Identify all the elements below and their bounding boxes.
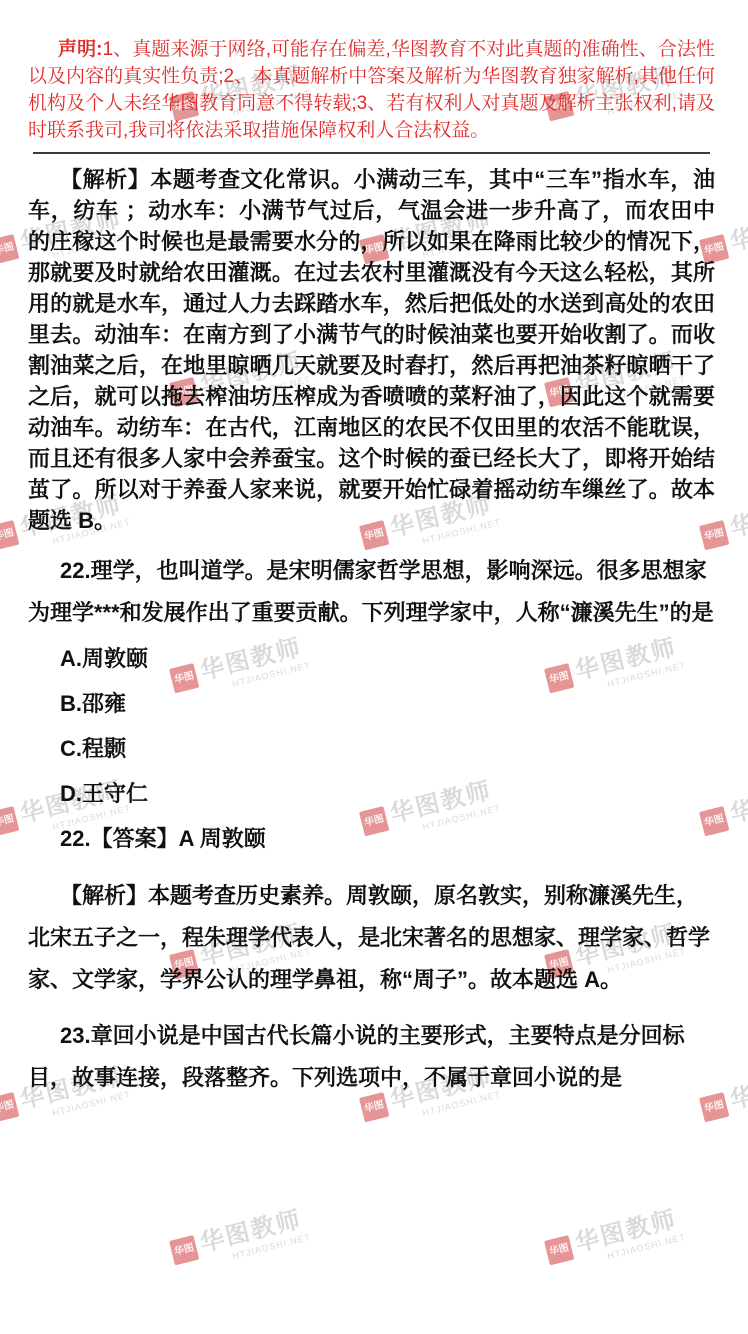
analysis-22-paragraph: 【解析】本题考查历史素养。周敦颐，原名敦实，别称濂溪先生，北宋五子之一，程朱理学… bbox=[28, 875, 715, 1001]
option-22-a: A.周敦颐 bbox=[28, 636, 715, 681]
option-22-d: D.王守仁 bbox=[28, 771, 715, 816]
watermark-brand-text: 华图教师 bbox=[196, 1198, 310, 1258]
watermark-domain-text: HTJIAOSHI.NET bbox=[231, 1232, 312, 1261]
document-page: 华图华图教师HTJIAOSHI.NET华图华图教师HTJIAOSHI.NET华图… bbox=[0, 0, 748, 1334]
huatu-logo-icon: 华图 bbox=[544, 1235, 574, 1265]
question-22-paragraph: 22.理学，也叫道学。是宋明儒家哲学思想，影响深远。很多思想家为理学***和发展… bbox=[28, 550, 715, 634]
huatu-watermark: 华图华图教师HTJIAOSHI.NET bbox=[167, 1198, 312, 1275]
option-22-b: B.邵雍 bbox=[28, 681, 715, 726]
option-22-c: C.程颢 bbox=[28, 726, 715, 771]
document-content: 声明:1、真题来源于网络,可能存在偏差,华图教育不对此真题的准确性、合法性以及内… bbox=[0, 0, 748, 1099]
disclaimer-label: 声明: bbox=[58, 39, 102, 60]
huatu-logo-icon: 华图 bbox=[169, 1235, 199, 1265]
analysis-21-paragraph: 【解析】本题考查文化常识。小满动三车，其中“三车”指水车，油车，纺车 ；动水车：… bbox=[28, 164, 715, 536]
disclaimer-text: 1、真题来源于网络,可能存在偏差,华图教育不对此真题的准确性、合法性以及内容的真… bbox=[28, 39, 715, 141]
watermark-domain-text: HTJIAOSHI.NET bbox=[606, 1232, 687, 1261]
watermark-text-column: 华图教师HTJIAOSHI.NET bbox=[571, 1198, 687, 1268]
disclaimer-paragraph: 声明:1、真题来源于网络,可能存在偏差,华图教育不对此真题的准确性、合法性以及内… bbox=[28, 36, 715, 144]
answer-22-line: 22.【答案】A 周敦颐 bbox=[28, 816, 715, 861]
watermark-brand-text: 华图教师 bbox=[571, 1198, 685, 1258]
divider bbox=[33, 152, 710, 154]
options-22-list: A.周敦颐 B.邵雍 C.程颢 D.王守仁 bbox=[28, 636, 715, 816]
question-23-paragraph: 23.章回小说是中国古代长篇小说的主要形式，主要特点是分回标目，故事连接，段落整… bbox=[28, 1015, 715, 1099]
watermark-text-column: 华图教师HTJIAOSHI.NET bbox=[196, 1198, 312, 1268]
huatu-watermark: 华图华图教师HTJIAOSHI.NET bbox=[542, 1198, 687, 1275]
